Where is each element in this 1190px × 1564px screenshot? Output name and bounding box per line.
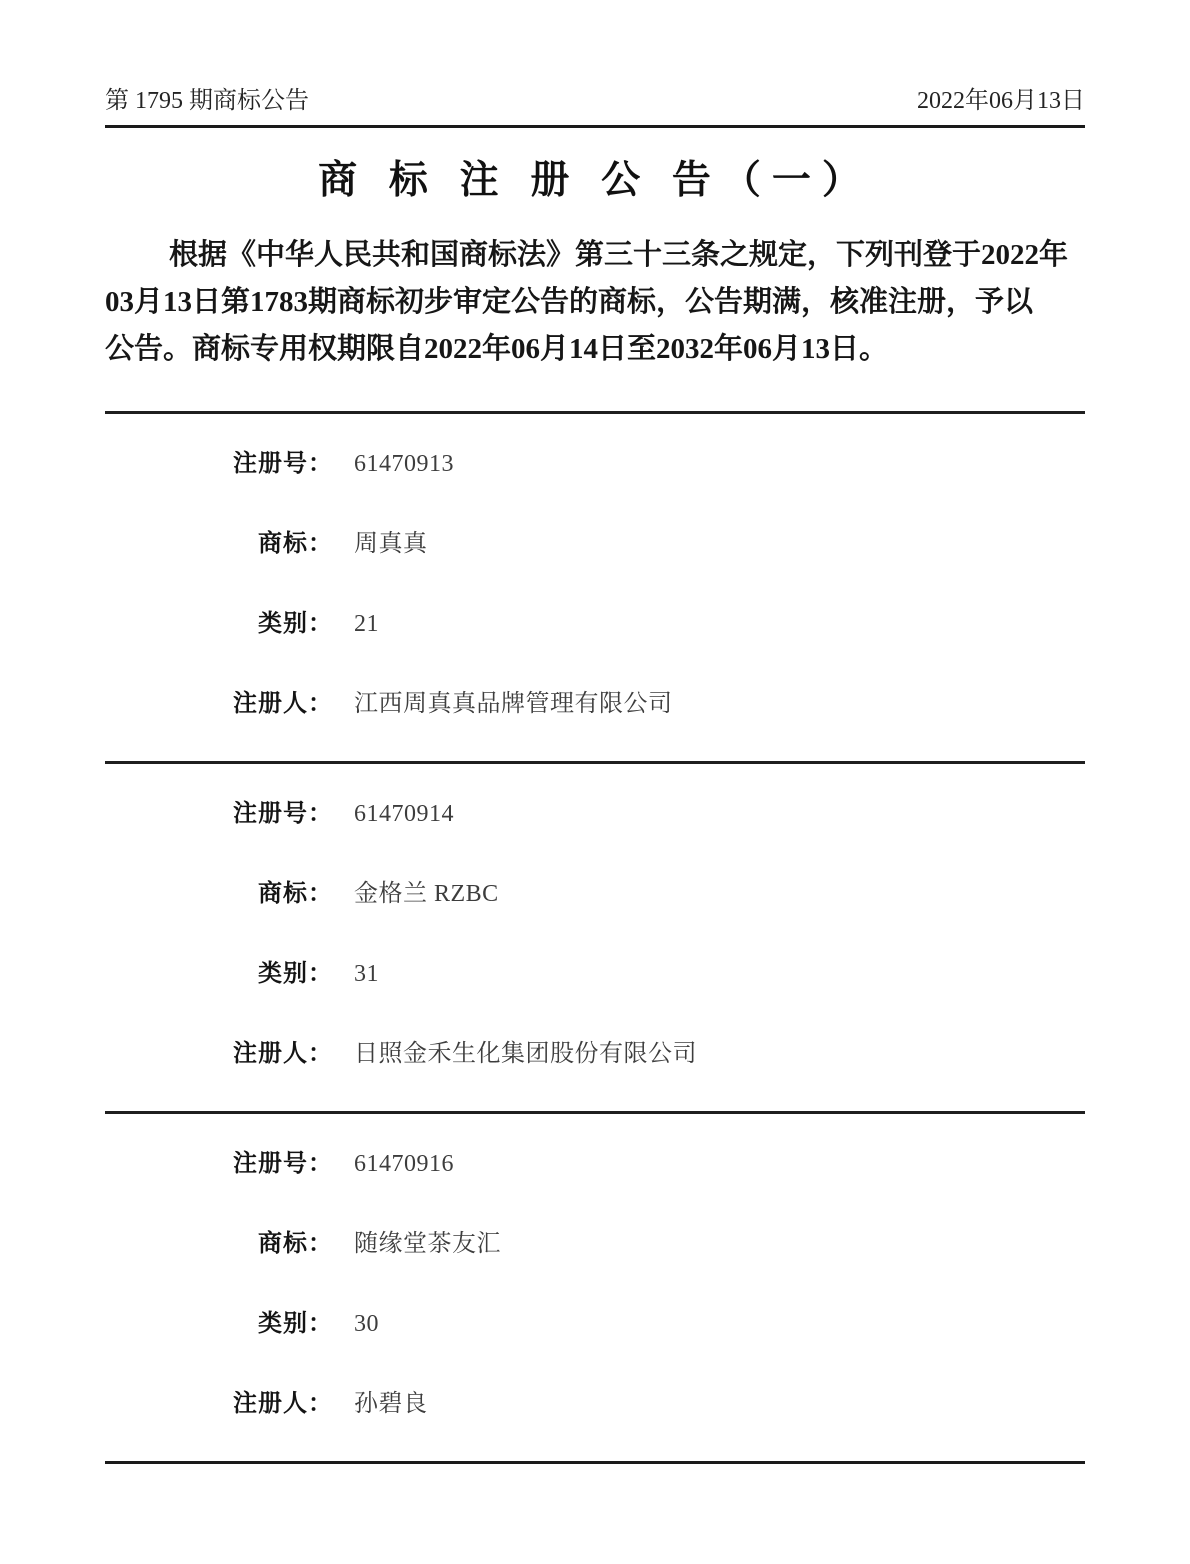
intro-paragraph: 根据《中华人民共和国商标法》第三十三条之规定，下列刊登于2022年 03月13日…	[105, 232, 1085, 373]
trademark-value: 随缘堂茶友汇	[354, 1207, 501, 1258]
trademark-value: 周真真	[354, 507, 428, 558]
trademark-label: 商标：	[105, 857, 333, 908]
category-label: 类别：	[105, 587, 333, 638]
reg-no-value: 61470916	[354, 1135, 454, 1178]
record-1-category-row: 类别： 21	[105, 587, 1085, 667]
gazette-page: 第 1795 期商标公告 2022年06月13日 商 标 注 册 公 告（一） …	[105, 0, 1085, 1464]
page-title: 商 标 注 册 公 告（一）	[105, 149, 1085, 205]
record-2-category-row: 类别： 31	[105, 937, 1085, 1017]
record-1-reg-no-row: 注册号： 61470913	[105, 427, 1085, 507]
gazette-date: 2022年06月13日	[917, 86, 1085, 116]
record-2-registrant-row: 注册人： 日照金禾生化集团股份有限公司	[105, 1017, 1085, 1097]
record-block-3: 注册号： 61470916 商标： 随缘堂茶友汇 类别： 30 注册人： 孙碧良	[105, 1111, 1085, 1461]
trademark-label: 商标：	[105, 507, 333, 558]
records-list: 注册号： 61470913 商标： 周真真 类别： 21 注册人： 江西周真真品…	[105, 411, 1085, 1464]
trademark-value: 金格兰 RZBC	[354, 857, 499, 908]
record-1-trademark-row: 商标： 周真真	[105, 507, 1085, 587]
intro-line-2: 03月13日第1783期商标初步审定公告的商标，公告期满，核准注册，予以	[105, 279, 1085, 326]
record-3-registrant-row: 注册人： 孙碧良	[105, 1367, 1085, 1447]
record-block-2: 注册号： 61470914 商标： 金格兰 RZBC 类别： 31 注册人： 日…	[105, 761, 1085, 1111]
masthead: 第 1795 期商标公告 2022年06月13日	[105, 86, 1085, 116]
registrant-value: 孙碧良	[354, 1367, 428, 1418]
category-label: 类别：	[105, 1287, 333, 1338]
masthead-divider-rule	[105, 125, 1085, 128]
record-2-reg-no-row: 注册号： 61470914	[105, 777, 1085, 857]
category-value: 21	[354, 595, 379, 638]
record-3-category-row: 类别： 30	[105, 1287, 1085, 1367]
record-block-1: 注册号： 61470913 商标： 周真真 类别： 21 注册人： 江西周真真品…	[105, 411, 1085, 761]
record-3-trademark-row: 商标： 随缘堂茶友汇	[105, 1207, 1085, 1287]
bottom-rule	[105, 1461, 1085, 1464]
category-label: 类别：	[105, 937, 333, 988]
registrant-value: 江西周真真品牌管理有限公司	[354, 667, 673, 718]
reg-no-value: 61470914	[354, 785, 454, 828]
reg-no-label: 注册号：	[105, 1127, 333, 1178]
trademark-label: 商标：	[105, 1207, 333, 1258]
reg-no-label: 注册号：	[105, 777, 333, 828]
intro-line-1: 根据《中华人民共和国商标法》第三十三条之规定，下列刊登于2022年	[105, 232, 1085, 279]
reg-no-value: 61470913	[354, 435, 454, 478]
registrant-label: 注册人：	[105, 667, 333, 718]
registrant-value: 日照金禾生化集团股份有限公司	[354, 1017, 697, 1068]
record-2-trademark-row: 商标： 金格兰 RZBC	[105, 857, 1085, 937]
record-3-reg-no-row: 注册号： 61470916	[105, 1127, 1085, 1207]
registrant-label: 注册人：	[105, 1017, 333, 1068]
gazette-issue-number: 第 1795 期商标公告	[105, 86, 309, 116]
category-value: 30	[354, 1295, 379, 1338]
intro-line-3: 公告。商标专用权期限自2022年06月14日至2032年06月13日。	[105, 326, 1085, 373]
category-value: 31	[354, 945, 379, 988]
registrant-label: 注册人：	[105, 1367, 333, 1418]
reg-no-label: 注册号：	[105, 427, 333, 478]
record-1-registrant-row: 注册人： 江西周真真品牌管理有限公司	[105, 667, 1085, 747]
